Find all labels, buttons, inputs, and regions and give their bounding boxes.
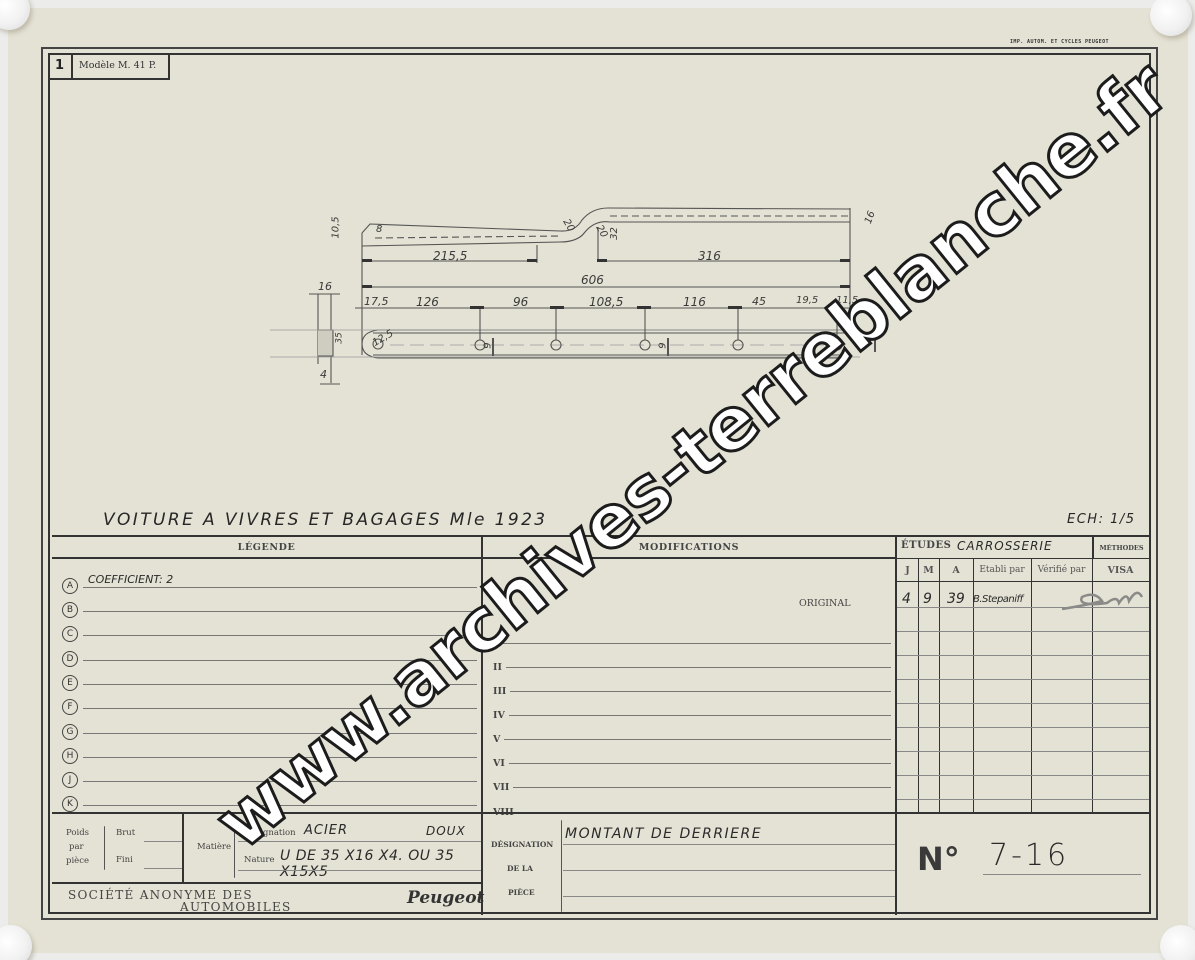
drawing-scale: ECH: 1/5 bbox=[1067, 512, 1136, 527]
legende-header: LÉGENDE bbox=[52, 537, 481, 559]
entry-month: 9 bbox=[923, 591, 932, 607]
drawing-title: VOITURE A VIVRES ET BAGAGES Mle 1923 bbox=[103, 510, 548, 530]
dim-8: 8 bbox=[376, 224, 382, 235]
designation-piece-section: DÉSIGNATION DE LA PIÈCE MONTANT DE DERRI… bbox=[483, 812, 897, 915]
poids-label-3: pièce bbox=[66, 856, 89, 866]
legende-row-h: H bbox=[62, 734, 477, 758]
matiere-label: Matière bbox=[197, 842, 231, 852]
col-m: M bbox=[918, 559, 939, 581]
legende-row-e: E bbox=[62, 661, 477, 685]
modification-row-8: VIII bbox=[493, 789, 891, 813]
dim-45: 45 bbox=[752, 295, 766, 308]
nature-value: U DE 35 X16 X4. OU 35 X15X5 bbox=[280, 848, 481, 880]
legende-row-a: ACOEFFICIENT: 2 bbox=[62, 564, 477, 588]
nature-label: Nature bbox=[244, 855, 275, 865]
legende-row-g: G bbox=[62, 710, 477, 734]
dim-9-a: 9 bbox=[483, 342, 494, 348]
company-block: SOCIÉTÉ ANONYME DES AUTOMOBILES Peugeot bbox=[52, 882, 483, 915]
dim-17-5: 17,5 bbox=[364, 295, 389, 308]
brut-field bbox=[144, 841, 182, 842]
legend-key-k: K bbox=[62, 796, 78, 812]
dim-116: 116 bbox=[683, 295, 706, 309]
etudes-header: ÉTUDES bbox=[901, 540, 951, 551]
fini-label: Fini bbox=[116, 855, 133, 865]
modification-row-1: I bbox=[493, 620, 891, 644]
modification-row-3: III bbox=[493, 668, 891, 692]
original-label: ORIGINAL bbox=[799, 598, 851, 609]
methodes-header: MÉTHODES bbox=[1092, 537, 1149, 559]
dim-108-5: 108,5 bbox=[589, 295, 623, 309]
legende-row-k: K bbox=[62, 782, 477, 806]
col-verifie-par: Vérifié par bbox=[1031, 559, 1092, 581]
modification-row-2: II bbox=[493, 644, 891, 668]
modifications-section: MODIFICATIONS ORIGINAL I II III IV V VI … bbox=[483, 537, 897, 812]
designation-value: ACIER bbox=[304, 823, 348, 838]
modification-row-5: V bbox=[493, 716, 891, 740]
visa-signature-icon bbox=[1057, 585, 1149, 615]
part-number-section: N° 7-16 bbox=[897, 812, 1149, 915]
legend-text-a: COEFFICIENT: 2 bbox=[88, 573, 173, 586]
dim-16-section: 16 bbox=[318, 280, 332, 293]
legende-row-f: F bbox=[62, 685, 477, 709]
entry-etabli-par: B.Stepaniff bbox=[973, 594, 1023, 605]
brut-label: Brut bbox=[116, 828, 135, 838]
company-line-2: AUTOMOBILES bbox=[180, 900, 292, 914]
designation-piece-label-2: DE LA bbox=[507, 864, 533, 873]
dim-96: 96 bbox=[513, 295, 528, 309]
modifications-header: MODIFICATIONS bbox=[483, 537, 895, 559]
col-etabli-par: Etabli par bbox=[973, 559, 1031, 581]
etudes-department: CARROSSERIE bbox=[957, 539, 1053, 553]
modification-row-7: VII bbox=[493, 764, 891, 788]
col-visa: VISA bbox=[1092, 559, 1149, 581]
part-number-value: 7-16 bbox=[989, 838, 1069, 873]
dim-215-5: 215,5 bbox=[433, 249, 467, 263]
dim-10-5: 10,5 bbox=[331, 216, 342, 238]
poids-block: Poids par pièce Brut Fini bbox=[52, 814, 184, 884]
designation-piece-label-1: DÉSIGNATION bbox=[491, 840, 553, 849]
legende-row-c: C bbox=[62, 612, 477, 636]
entry-day: 4 bbox=[902, 591, 911, 607]
designation-label: Désignation bbox=[244, 828, 296, 838]
etudes-section: ÉTUDES CARROSSERIE MÉTHODES J M A Etabli… bbox=[897, 537, 1149, 812]
modification-row-4: IV bbox=[493, 692, 891, 716]
poids-label-1: Poids bbox=[66, 828, 89, 838]
dim-606: 606 bbox=[581, 273, 604, 287]
title-block: LÉGENDE ACOEFFICIENT: 2 B C D E F G H J … bbox=[52, 535, 1149, 913]
peugeot-logo: Peugeot bbox=[407, 888, 484, 908]
part-number-label: N° bbox=[917, 840, 960, 878]
col-a: A bbox=[939, 559, 973, 581]
legende-row-b: B bbox=[62, 588, 477, 612]
poids-label-2: par bbox=[69, 842, 84, 852]
dim-316: 316 bbox=[698, 249, 721, 263]
legende-row-j: J bbox=[62, 758, 477, 782]
modification-row-6: VI bbox=[493, 740, 891, 764]
dim-9-b: 9 bbox=[658, 342, 669, 348]
legende-section: LÉGENDE ACOEFFICIENT: 2 B C D E F G H J … bbox=[52, 537, 483, 812]
dim-126: 126 bbox=[416, 295, 439, 309]
poids-matiere-section: Poids par pièce Brut Fini Matière Désign… bbox=[52, 812, 483, 882]
dim-11-5: 11,5 bbox=[836, 295, 858, 306]
designation-value-right: DOUX bbox=[426, 824, 466, 838]
entry-year: 39 bbox=[947, 591, 965, 607]
designation-piece-label-3: PIÈCE bbox=[508, 888, 535, 897]
legende-row-d: D bbox=[62, 637, 477, 661]
dim-19-5: 19,5 bbox=[796, 295, 818, 306]
col-j: J bbox=[897, 559, 918, 581]
dim-7: 7 bbox=[862, 339, 873, 345]
dim-32: 32 bbox=[609, 227, 620, 240]
designation-piece-value: MONTANT DE DERRIERE bbox=[565, 826, 762, 842]
dim-35: 35 bbox=[335, 332, 345, 343]
dim-4: 4 bbox=[320, 368, 327, 381]
fini-field bbox=[144, 868, 182, 869]
